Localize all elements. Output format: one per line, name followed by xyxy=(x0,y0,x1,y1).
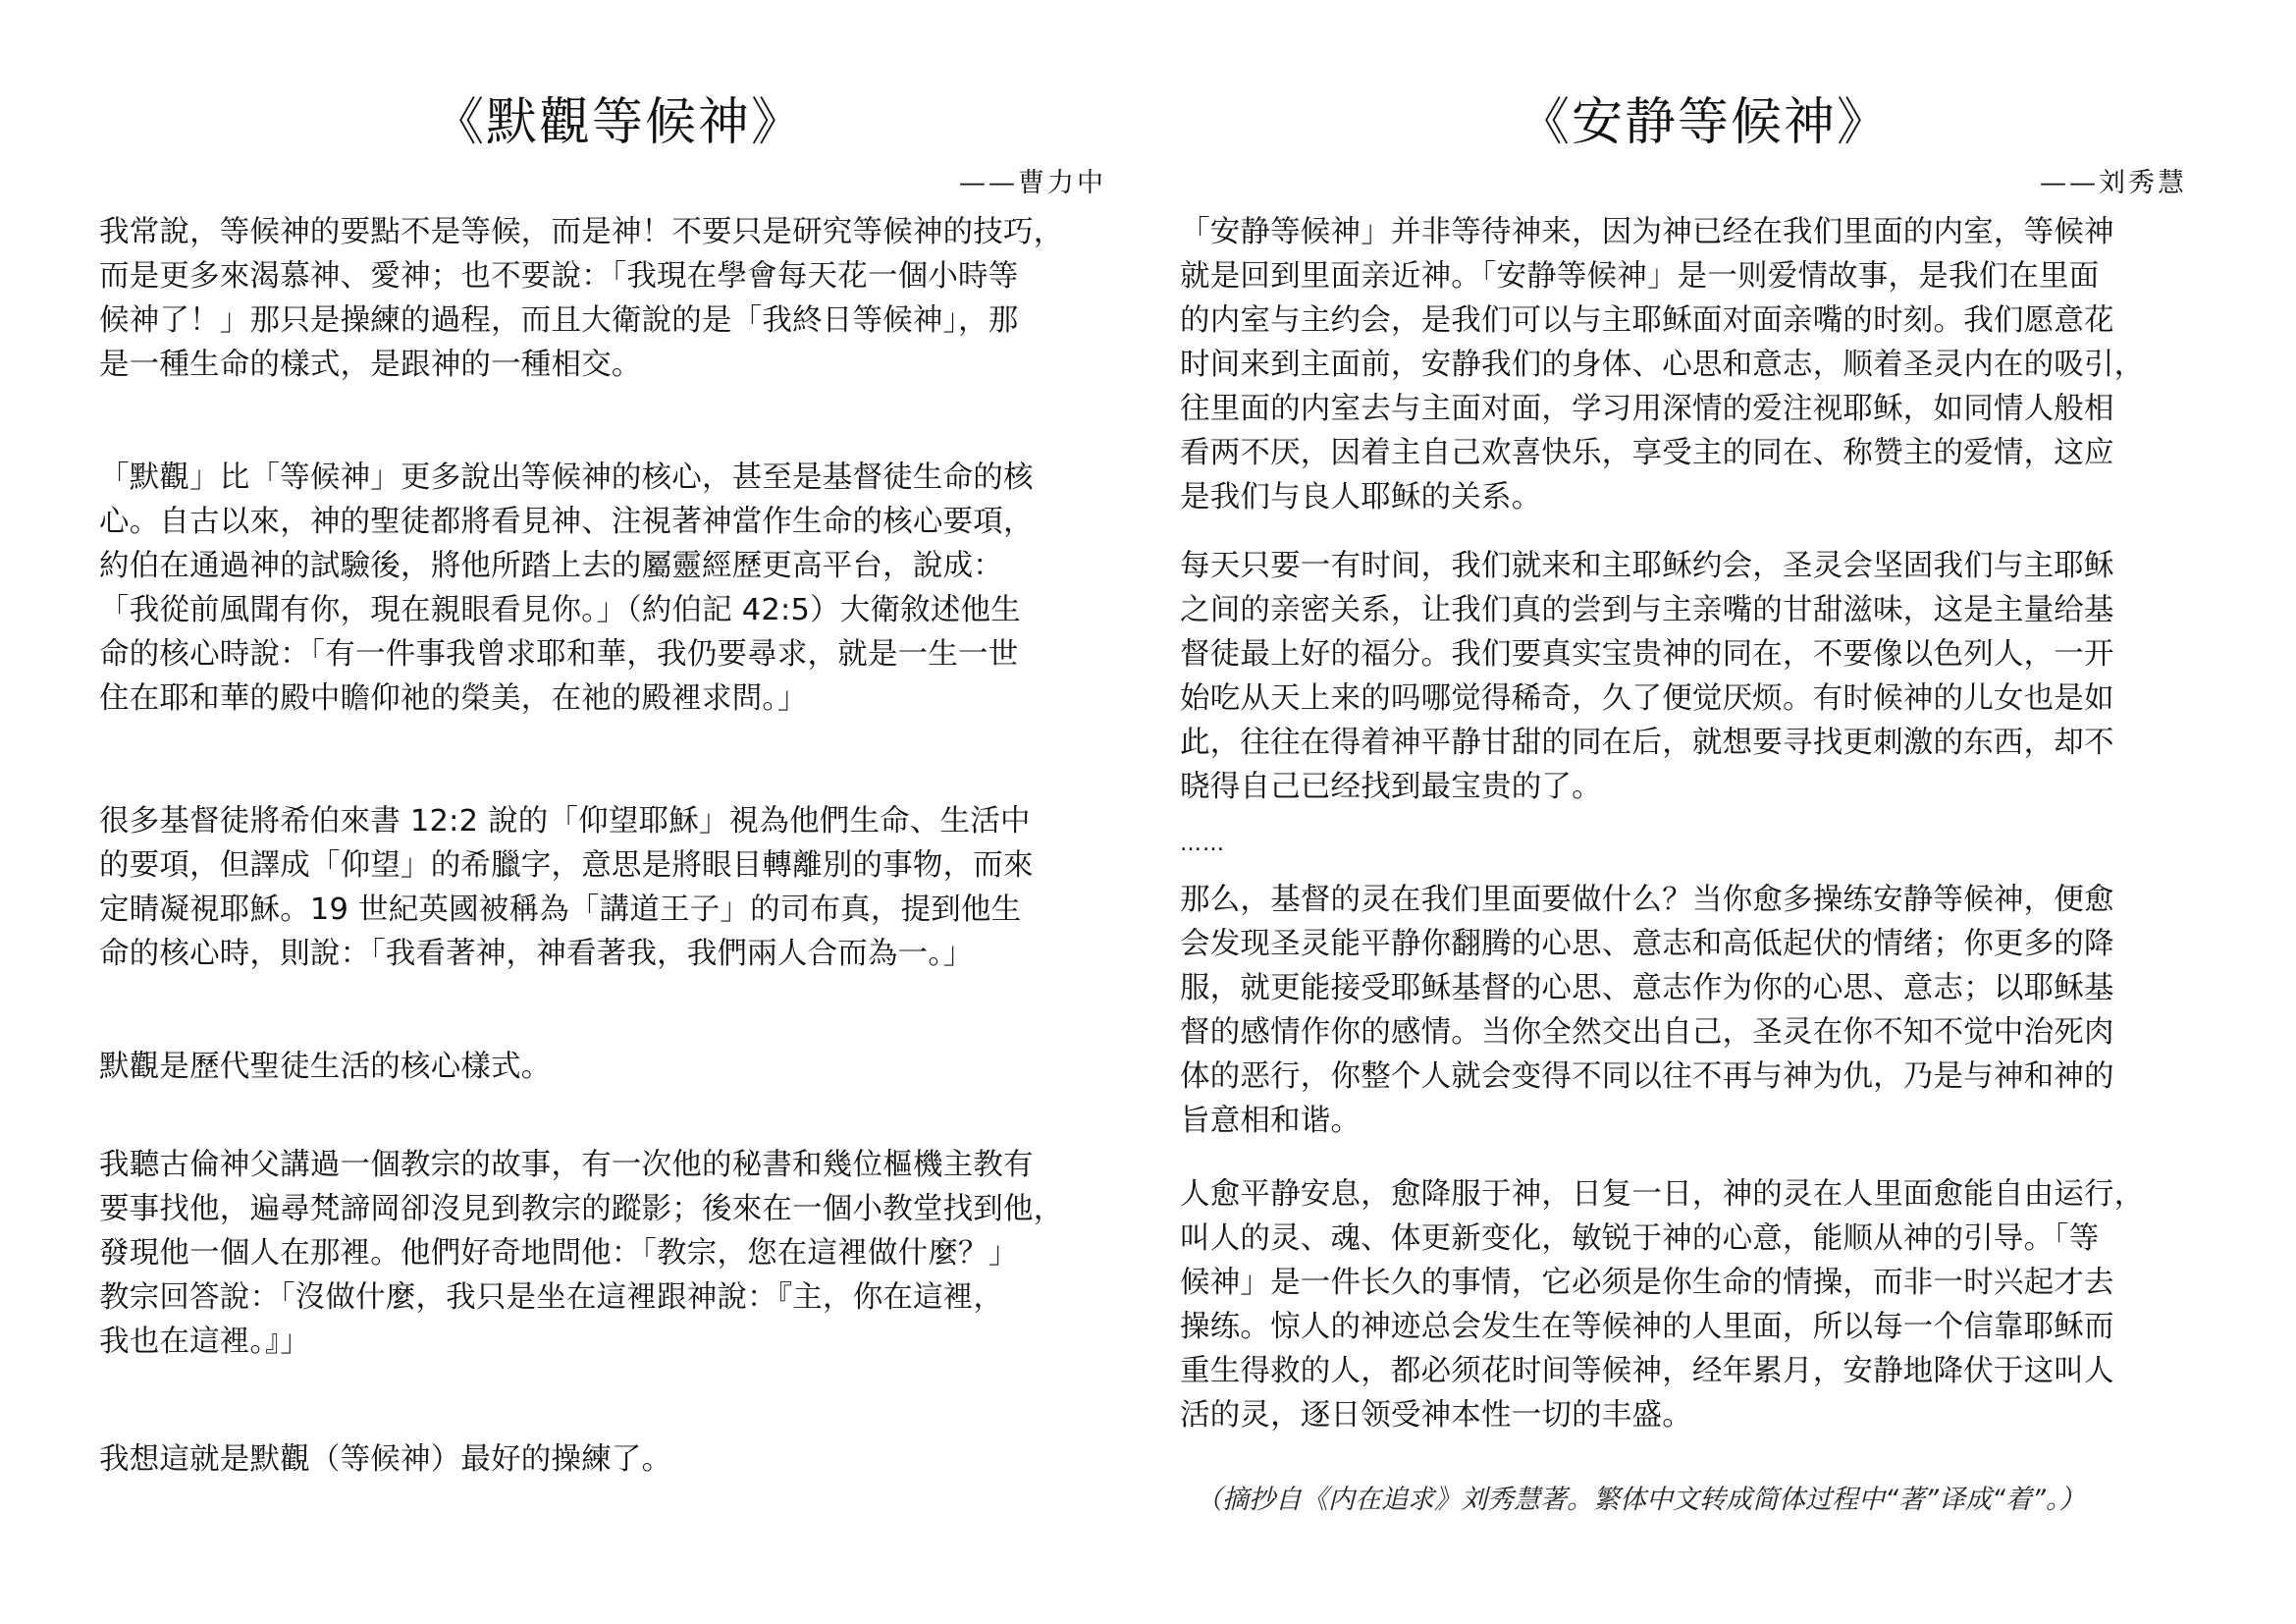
right-paragraph-4: 人愈平静安息，愈降服于神，日复一日，神的灵在人里面愈能自由运行， 叫人的灵、魂、… xyxy=(1180,1172,2144,1437)
text-line: 我也在這裡。』」 xyxy=(99,1320,1063,1364)
text-line: 是一種生命的樣式，是跟神的一種相交。 xyxy=(99,343,1063,387)
source-note: （摘抄自《内在追求》刘秀慧著。繁体中文转成简体过程中“著”译成“着”。） xyxy=(1196,1483,2085,1518)
right-paragraph-2: 每天只要一有时间，我们就来和主耶稣约会，圣灵会坚固我们与主耶稣 之间的亲密关系，… xyxy=(1180,544,2114,809)
left-paragraph-2: 「默觀」比「等候神」更多說出等候神的核心，甚至是基督徒生命的核 心。自古以來，神… xyxy=(99,456,1034,721)
text-line: 叫人的灵、魂、体更新变化，敏锐于神的心意，能顺从神的引导。「等 xyxy=(1180,1217,2144,1261)
text-line: 始吃从天上来的吗哪觉得稀奇，久了便觉厌烦。有时候神的儿女也是如 xyxy=(1180,677,2114,721)
text-line: 服，就更能接受耶稣基督的心思、意志作为你的心思、意志；以耶稣基 xyxy=(1180,966,2114,1010)
text-line: 發現他一個人在那裡。他們好奇地問他：「教宗，您在這裡做什麼？」 xyxy=(99,1231,1063,1275)
text-line: 候神了！」那只是操練的過程，而且大衛說的是「我終日等候神」，那 xyxy=(99,298,1063,343)
text-line: 是我们与良人耶稣的关系。 xyxy=(1180,475,2144,519)
text-line: 的要項，但譯成「仰望」的希臘字，意思是將眼目轉離別的事物，而來 xyxy=(99,843,1034,888)
text-line: 时间来到主面前，安静我们的身体、心思和意志，顺着圣灵内在的吸引， xyxy=(1180,343,2144,387)
text-line: 心。自古以來，神的聖徒都將看見神、注視著神當作生命的核心要項， xyxy=(99,500,1034,544)
text-line: 很多基督徒將希伯來書 12:2 說的「仰望耶穌」視為他們生命、生活中 xyxy=(99,799,1034,843)
text-line: 定睛凝視耶穌。19 世紀英國被稱為「講道王子」的司布真，提到他生 xyxy=(99,888,1034,932)
text-line: 督徒最上好的福分。我们要真实宝贵神的同在，不要像以色列人，一开 xyxy=(1180,632,2114,677)
text-line: 默觀是歷代聖徒生活的核心樣式。 xyxy=(99,1045,552,1089)
text-line: 看两不厌，因着主自己欢喜快乐，享受主的同在、称赞主的爱情，这应 xyxy=(1180,431,2144,475)
omission-ellipsis: …… xyxy=(1180,833,1225,856)
text-line: 而是更多來渴慕神、愛神；也不要說：「我現在學會每天花一個小時等 xyxy=(99,254,1063,298)
text-line: 操练。惊人的神迹总会发生在等候神的人里面，所以每一个信靠耶稣而 xyxy=(1180,1305,2144,1349)
left-paragraph-5: 我聽古倫神父講過一個教宗的故事，有一次他的秘書和幾位樞機主教有 要事找他，遍尋梵… xyxy=(99,1143,1063,1364)
text-line: 我聽古倫神父講過一個教宗的故事，有一次他的秘書和幾位樞機主教有 xyxy=(99,1143,1063,1187)
left-paragraph-4: 默觀是歷代聖徒生活的核心樣式。 xyxy=(99,1045,552,1089)
text-line: 要事找他，遍尋梵諦岡卻沒見到教宗的蹤影；後來在一個小教堂找到他， xyxy=(99,1187,1063,1231)
text-line: 候神」是一件长久的事情，它必须是你生命的情操，而非一时兴起才去 xyxy=(1180,1261,2144,1305)
text-line: 此，往往在得着神平静甘甜的同在后，就想要寻找更刺激的东西，却不 xyxy=(1180,721,2114,765)
text-line: 重生得救的人，都必须花时间等候神，经年累月，安静地降伏于这叫人 xyxy=(1180,1349,2144,1393)
text-line: 的内室与主约会，是我们可以与主耶稣面对面亲嘴的时刻。我们愿意花 xyxy=(1180,298,2144,343)
right-article-title: 《安静等候神》 xyxy=(1519,93,1890,152)
text-line: 人愈平静安息，愈降服于神，日复一日，神的灵在人里面愈能自由运行， xyxy=(1180,1172,2144,1217)
left-paragraph-1: 我常說，等候神的要點不是等候，而是神！不要只是研究等候神的技巧， 而是更多來渴慕… xyxy=(99,210,1063,387)
text-line: 命的核心時，則說：「我看著神，神看著我，我們兩人合而為一。」 xyxy=(99,932,1034,976)
text-line: 住在耶和華的殿中瞻仰祂的榮美，在祂的殿裡求問。」 xyxy=(99,677,1034,721)
left-article-author: ——曹力中 xyxy=(959,167,1106,200)
text-line: 我想這就是默觀（等候神）最好的操練了。 xyxy=(99,1437,671,1482)
text-line: 教宗回答說：「沒做什麼，我只是坐在這裡跟神說：『主，你在這裡， xyxy=(99,1275,1063,1320)
text-line: 「我從前風聞有你，現在親眼看見你。」（約伯記 42:5）大衛敘述他生 xyxy=(99,588,1034,632)
text-line: 往里面的内室去与主面对面，学习用深情的爱注视耶稣，如同情人般相 xyxy=(1180,387,2144,431)
text-line: 旨意相和谐。 xyxy=(1180,1099,2114,1143)
text-line: 「默觀」比「等候神」更多說出等候神的核心，甚至是基督徒生命的核 xyxy=(99,456,1034,500)
text-line: 我常說，等候神的要點不是等候，而是神！不要只是研究等候神的技巧， xyxy=(99,210,1063,254)
text-line: 就是回到里面亲近神。「安静等候神」是一则爱情故事，是我们在里面 xyxy=(1180,254,2144,298)
text-line: 活的灵，逐日领受神本性一切的丰盛。 xyxy=(1180,1393,2144,1437)
text-line: 体的恶行，你整个人就会变得不同以往不再与神为仇，乃是与神和神的 xyxy=(1180,1055,2114,1099)
text-line: 晓得自己已经找到最宝贵的了。 xyxy=(1180,765,2114,809)
text-line: 那么，基督的灵在我们里面要做什么？当你愈多操练安静等候神，便愈 xyxy=(1180,878,2114,922)
right-article-author: ——刘秀慧 xyxy=(2040,167,2187,200)
left-paragraph-3: 很多基督徒將希伯來書 12:2 說的「仰望耶穌」視為他們生命、生活中 的要項，但… xyxy=(99,799,1034,976)
right-paragraph-1: 「安静等候神」并非等待神来，因为神已经在我们里面的内室，等候神 就是回到里面亲近… xyxy=(1180,210,2144,519)
text-line: 命的核心時說：「有一件事我曾求耶和華，我仍要尋求，就是一生一世 xyxy=(99,632,1034,677)
text-line: 每天只要一有时间，我们就来和主耶稣约会，圣灵会坚固我们与主耶稣 xyxy=(1180,544,2114,588)
text-line: 督的感情作你的感情。当你全然交出自己，圣灵在你不知不觉中治死肉 xyxy=(1180,1010,2114,1055)
right-paragraph-3: 那么，基督的灵在我们里面要做什么？当你愈多操练安静等候神，便愈 会发现圣灵能平静… xyxy=(1180,878,2114,1143)
text-line: 「安静等候神」并非等待神来，因为神已经在我们里面的内室，等候神 xyxy=(1180,210,2144,254)
left-article-title: 《默觀等候神》 xyxy=(433,93,804,152)
text-line: 会发现圣灵能平静你翻腾的心思、意志和高低起伏的情绪；你更多的降 xyxy=(1180,922,2114,966)
text-line: 之间的亲密关系，让我们真的尝到与主亲嘴的甘甜滋味，这是主量给基 xyxy=(1180,588,2114,632)
left-paragraph-6: 我想這就是默觀（等候神）最好的操練了。 xyxy=(99,1437,671,1482)
text-line: 約伯在通過神的試驗後，將他所踏上去的屬靈經歷更高平台，說成： xyxy=(99,544,1034,588)
